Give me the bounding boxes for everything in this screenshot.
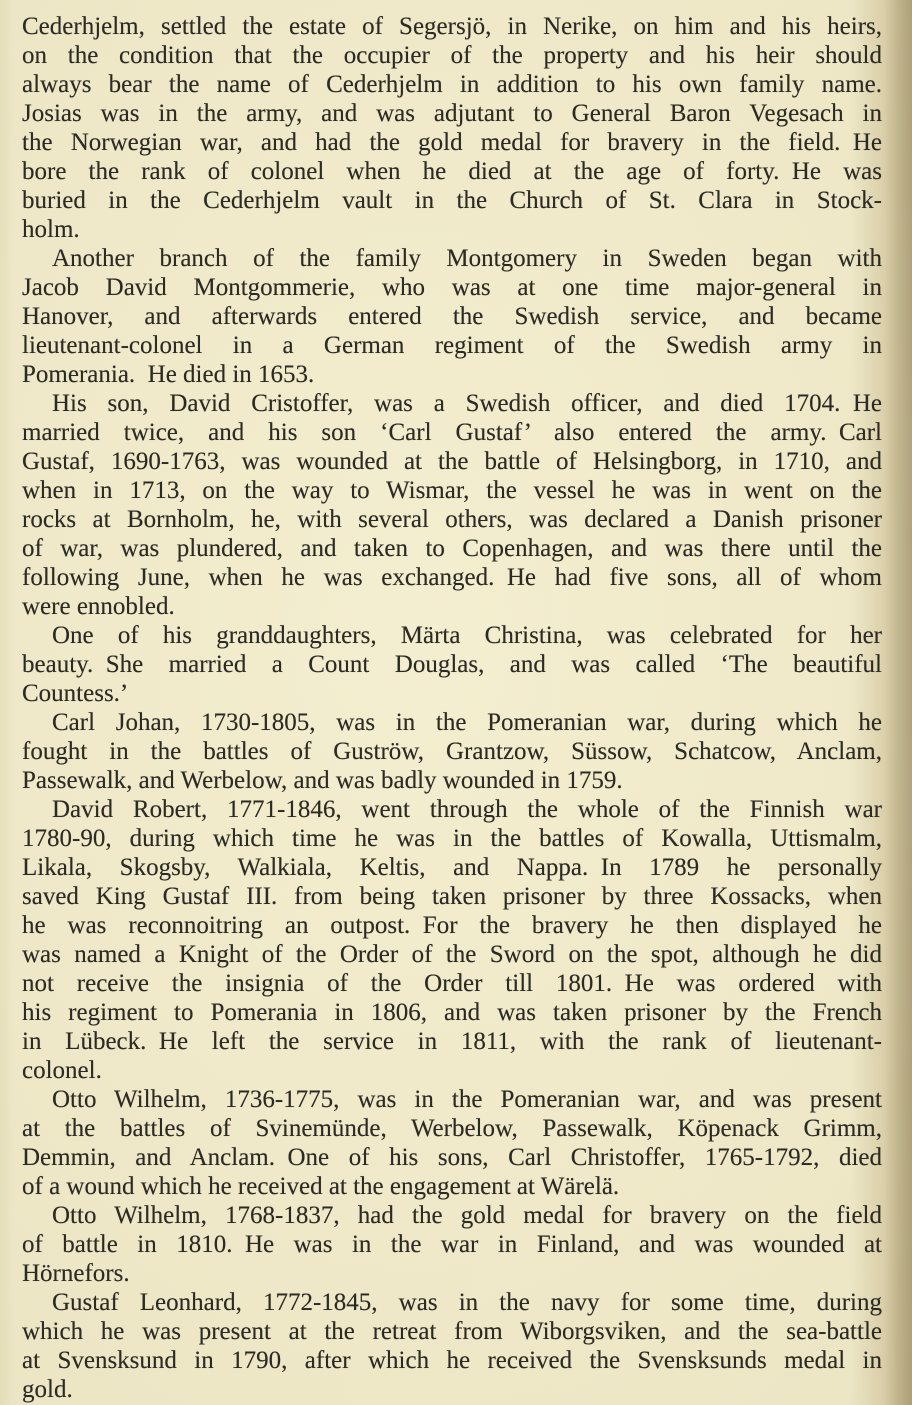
text-line: rocks at Bornholm, he, with several othe… [22,505,882,534]
text-line: Hörnefors. [22,1259,882,1288]
text-line: His son, David Cristoffer, was a Swedish… [22,389,882,418]
text-line: Cederhjelm, settled the estate of Segers… [22,12,882,41]
text-line: the Norwegian war, and had the gold meda… [22,128,882,157]
text-line: Gustaf Leonhard, 1772-1845, was in the n… [22,1288,882,1317]
text-line: lieutenant-colonel in a German regiment … [22,331,882,360]
text-line: buried in the Cederhjelm vault in the Ch… [22,186,882,215]
text-line: at Svensksund in 1790, after which he re… [22,1346,882,1375]
text-line: which he was present at the retreat from… [22,1317,882,1346]
paragraph: Otto Wilhelm, 1736-1775, was in the Pome… [22,1085,882,1201]
book-page: Cederhjelm, settled the estate of Segers… [0,0,912,1405]
text-line: Demmin, and Anclam. One of his sons, Car… [22,1143,882,1172]
text-line: his regiment to Pomerania in 1806, and w… [22,998,882,1027]
text-line: Hanover, and afterwards entered the Swed… [22,302,882,331]
text-line: Carl Johan, 1730-1805, was in the Pomera… [22,708,882,737]
text-line: colonel. [22,1056,882,1085]
text-line: was named a Knight of the Order of the S… [22,940,882,969]
paragraph: One of his granddaughters, Märta Christi… [22,621,882,708]
text-line: Another branch of the family Montgomery … [22,244,882,273]
text-line: David Robert, 1771-1846, went through th… [22,795,882,824]
text-line: following June, when he was exchanged. H… [22,563,882,592]
text-line: Gustaf, 1690-1763, was wounded at the ba… [22,447,882,476]
text-line: were ennobled. [22,592,882,621]
text-line: on the condition that the occupier of th… [22,41,882,70]
text-line: Jacob David Montgommerie, who was at one… [22,273,882,302]
text-line: Pomerania. He died in 1653. [22,360,882,389]
text-line: bore the rank of colonel when he died at… [22,157,882,186]
paragraph: Otto Wilhelm, 1768-1837, had the gold me… [22,1201,882,1288]
text-line: 1780-90, during which time he was in the… [22,824,882,853]
text-line: always bear the name of Cederhjelm in ad… [22,70,882,99]
text-line: of war, was plundered, and taken to Cope… [22,534,882,563]
text-line: when in 1713, on the way to Wismar, the … [22,476,882,505]
paragraph: Carl Johan, 1730-1805, was in the Pomera… [22,708,882,795]
paragraph: Another branch of the family Montgomery … [22,244,882,389]
text-line: at the battles of Svinemünde, Werbelow, … [22,1114,882,1143]
paragraph: Gustaf Leonhard, 1772-1845, was in the n… [22,1288,882,1404]
paragraph: Cederhjelm, settled the estate of Segers… [22,12,882,244]
paragraph: His son, David Cristoffer, was a Swedish… [22,389,882,621]
text-line: gold. [22,1375,882,1404]
text-line: One of his granddaughters, Märta Christi… [22,621,882,650]
text-line: beauty. She married a Count Douglas, and… [22,650,882,679]
page-text: Cederhjelm, settled the estate of Segers… [22,12,882,1404]
paragraph: David Robert, 1771-1846, went through th… [22,795,882,1085]
text-line: Otto Wilhelm, 1768-1837, had the gold me… [22,1201,882,1230]
text-line: holm. [22,215,882,244]
text-line: Otto Wilhelm, 1736-1775, was in the Pome… [22,1085,882,1114]
text-line: he was reconnoitring an outpost. For the… [22,911,882,940]
text-line: married twice, and his son ‘Carl Gustaf’… [22,418,882,447]
text-line: saved King Gustaf III. from being taken … [22,882,882,911]
text-line: Josias was in the army, and was adjutant… [22,99,882,128]
text-line: fought in the battles of Guströw, Grantz… [22,737,882,766]
text-line: not receive the insignia of the Order ti… [22,969,882,998]
text-line: Passewalk, and Werbelow, and was badly w… [22,766,882,795]
text-line: Countess.’ [22,679,882,708]
text-line: in Lübeck. He left the service in 1811, … [22,1027,882,1056]
text-line: Likala, Skogsby, Walkiala, Keltis, and N… [22,853,882,882]
text-line: of battle in 1810. He was in the war in … [22,1230,882,1259]
text-line: of a wound which he received at the enga… [22,1172,882,1201]
